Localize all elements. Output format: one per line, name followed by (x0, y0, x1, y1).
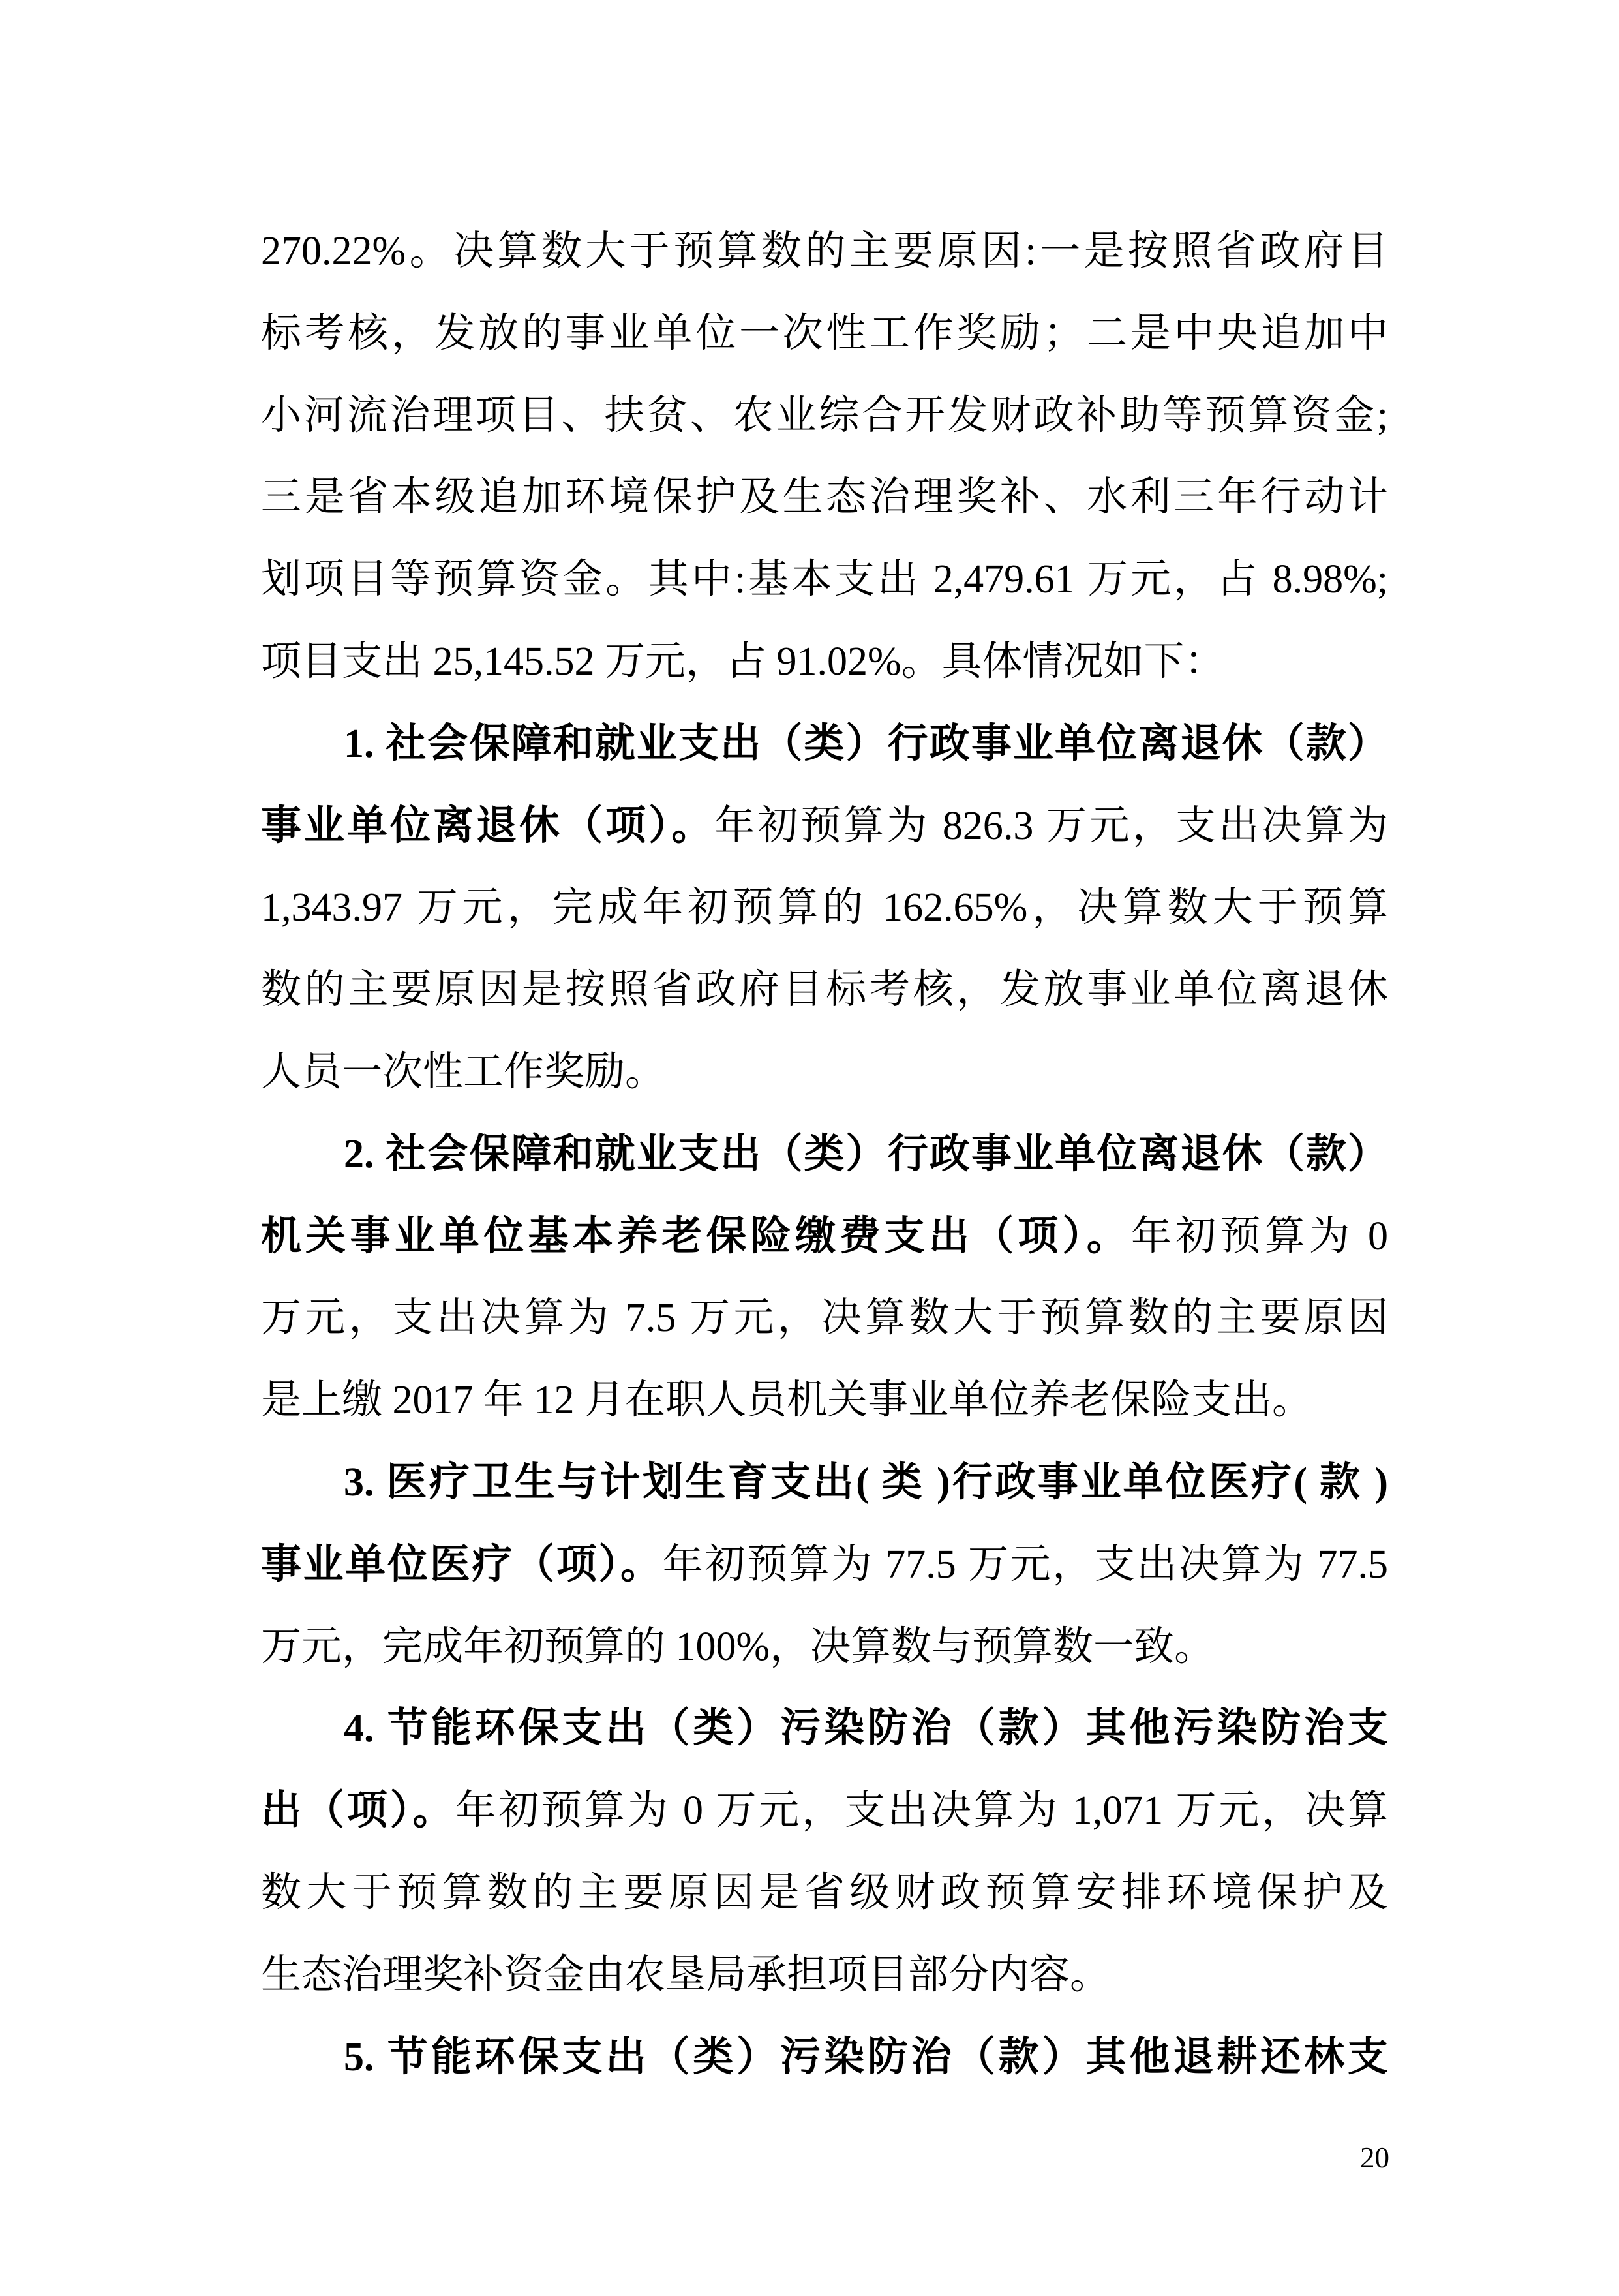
text-line: 划项目等预算资金。其中:基本支出 2,479.61 万元，占 8.98%; (261, 539, 1388, 621)
document-page: 270.22%。决算数大于预算数的主要原因:一是按照省政府目 标考核，发放的事业… (0, 0, 1619, 2296)
text-segment: 年初预算为 0 万元，支出决算为 1,071 万元，决算 (455, 1788, 1388, 1833)
text-segment: 出（项）。 (261, 1788, 455, 1833)
text-line: 万元，支出决算为 7.5 万元，决算数大于预算数的主要原因 (261, 1278, 1388, 1360)
text-segment: 人员一次性工作奖励。 (261, 1050, 665, 1094)
text-line: 是上缴 2017 年 12 月在职人员机关事业单位养老保险支出。 (261, 1360, 1388, 1442)
text-line: 人员一次性工作奖励。 (261, 1032, 1388, 1114)
text-line: 数大于预算数的主要原因是省级财政预算安排环境保护及 (261, 1852, 1388, 1935)
text-segment: 划项目等预算资金。其中:基本支出 2,479.61 万元，占 8.98%; (261, 557, 1388, 602)
text-line: 三是省本级追加环境保护及生态治理奖补、水利三年行动计 (261, 457, 1388, 539)
text-segment: 万元，支出决算为 7.5 万元，决算数大于预算数的主要原因 (261, 1296, 1388, 1340)
text-segment: 4. 节能环保支出（类）污染防治（款）其他污染防治支 (344, 1706, 1388, 1751)
text-segment: 标考核，发放的事业单位一次性工作奖励；二是中央追加中 (261, 311, 1388, 356)
text-line: 1,343.97 万元，完成年初预算的 162.65%，决算数大于预算 (261, 867, 1388, 949)
text-line: 机关事业单位基本养老保险缴费支出（项）。年初预算为 0 (261, 1196, 1388, 1278)
text-segment: 机关事业单位基本养老保险缴费支出（项）。 (261, 1214, 1131, 1259)
text-line: 小河流治理项目、扶贫、农业综合开发财政补助等预算资金; (261, 375, 1388, 457)
text-segment: 事业单位离退休（项）。 (261, 804, 714, 848)
text-line: 项目支出 25,145.52 万元，占 91.02%。具体情况如下： (261, 621, 1388, 703)
text-segment: 万元，完成年初预算的 100%，决算数与预算数一致。 (261, 1625, 1215, 1669)
text-line: 数的主要原因是按照省政府目标考核，发放事业单位离退休 (261, 949, 1388, 1032)
text-segment: 年初预算为 77.5 万元，支出决算为 77.5 (663, 1542, 1388, 1587)
text-segment: 年初预算为 0 (1131, 1214, 1388, 1259)
text-line: 出（项）。年初预算为 0 万元，支出决算为 1,071 万元，决算 (261, 1770, 1388, 1852)
text-segment: 项目支出 25,145.52 万元，占 91.02%。具体情况如下： (261, 639, 1225, 684)
text-line: 标考核，发放的事业单位一次性工作奖励；二是中央追加中 (261, 293, 1388, 375)
text-segment: 1,343.97 万元，完成年初预算的 162.65%，决算数大于预算 (261, 885, 1388, 930)
text-segment: 小河流治理项目、扶贫、农业综合开发财政补助等预算资金; (261, 393, 1388, 438)
text-segment: 生态治理奖补资金由农垦局承担项目部分内容。 (261, 1953, 1110, 1997)
text-line: 5. 节能环保支出（类）污染防治（款）其他退耕还林支 (261, 2017, 1388, 2099)
text-segment: 3. 医疗卫生与计划生育支出( 类 )行政事业单位医疗( 款 ) (344, 1460, 1388, 1505)
text-line: 270.22%。决算数大于预算数的主要原因:一是按照省政府目 (261, 211, 1388, 293)
text-segment: 数大于预算数的主要原因是省级财政预算安排环境保护及 (261, 1871, 1388, 1915)
text-segment: 270.22%。决算数大于预算数的主要原因:一是按照省政府目 (261, 229, 1388, 273)
text-segment: 5. 节能环保支出（类）污染防治（款）其他退耕还林支 (344, 2035, 1388, 2079)
page-number: 20 (1360, 2141, 1389, 2174)
text-line: 2. 社会保障和就业支出（类）行政事业单位离退休（款） (261, 1114, 1388, 1196)
text-segment: 2. 社会保障和就业支出（类）行政事业单位离退休（款） (344, 1132, 1388, 1176)
text-line: 生态治理奖补资金由农垦局承担项目部分内容。 (261, 1935, 1388, 2017)
text-segment: 1. 社会保障和就业支出（类）行政事业单位离退休（款） (344, 722, 1388, 766)
text-block: 270.22%。决算数大于预算数的主要原因:一是按照省政府目 标考核，发放的事业… (261, 211, 1388, 2098)
text-segment: 三是省本级追加环境保护及生态治理奖补、水利三年行动计 (261, 475, 1388, 519)
text-line: 万元，完成年初预算的 100%，决算数与预算数一致。 (261, 1606, 1388, 1689)
text-segment: 数的主要原因是按照省政府目标考核，发放事业单位离退休 (261, 968, 1388, 1012)
text-segment: 年初预算为 826.3 万元，支出决算为 (714, 804, 1388, 848)
text-line: 事业单位医疗（项）。年初预算为 77.5 万元，支出决算为 77.5 (261, 1524, 1388, 1606)
text-line: 3. 医疗卫生与计划生育支出( 类 )行政事业单位医疗( 款 ) (261, 1442, 1388, 1524)
text-line: 1. 社会保障和就业支出（类）行政事业单位离退休（款） (261, 703, 1388, 786)
text-line: 事业单位离退休（项）。年初预算为 826.3 万元，支出决算为 (261, 786, 1388, 868)
text-segment: 是上缴 2017 年 12 月在职人员机关事业单位养老保险支出。 (261, 1378, 1312, 1422)
text-segment: 事业单位医疗（项）。 (261, 1542, 663, 1587)
text-line: 4. 节能环保支出（类）污染防治（款）其他污染防治支 (261, 1688, 1388, 1770)
